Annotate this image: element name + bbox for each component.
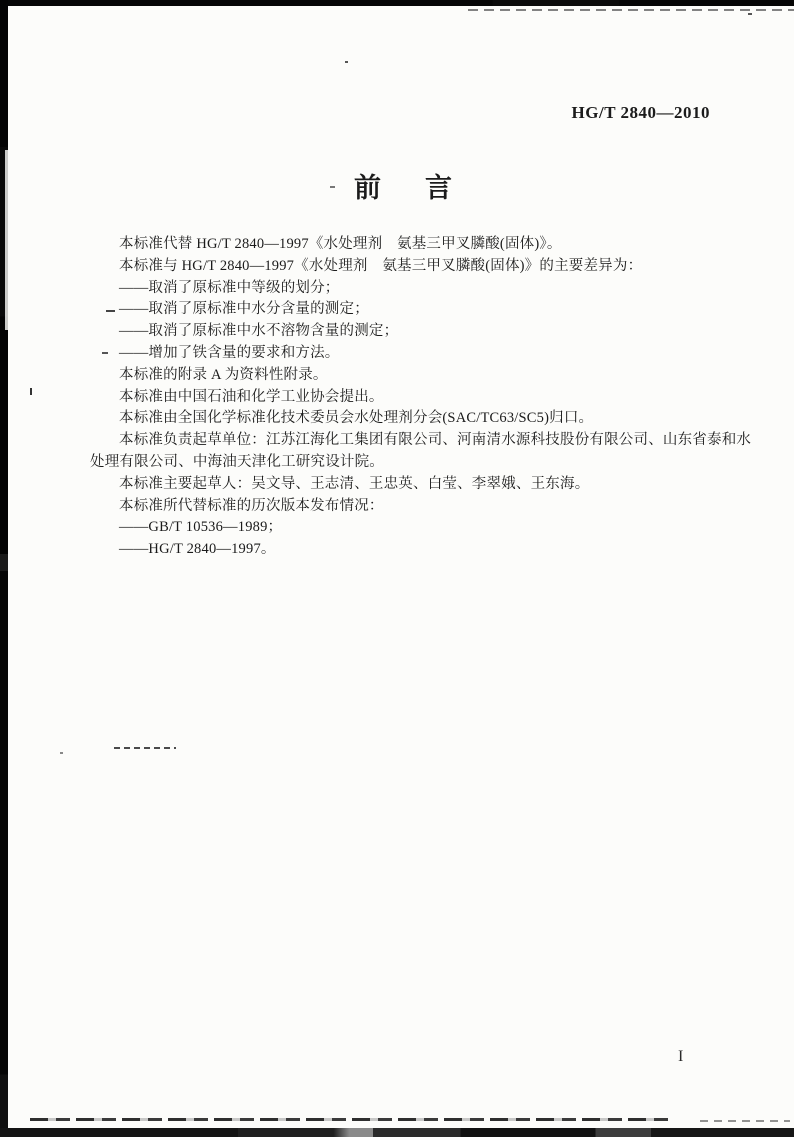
- body-line: 本标准与 HG/T 2840—1997《水处理剂 氨基三甲叉膦酸(固体)》的主要…: [90, 256, 734, 278]
- body-line: ——取消了原标准中水不溶物含量的测定；: [90, 321, 734, 343]
- body-line: ——GB/T 10536—1989；: [90, 517, 734, 539]
- scan-edge-top: [0, 0, 794, 6]
- body-line: 本标准由全国化学标准化技术委员会水处理剂分会(SAC/TC63/SC5)归口。: [90, 408, 734, 430]
- body-line: 处理有限公司、中海油天津化工研究设计院。: [90, 452, 734, 474]
- body-line: 本标准由中国石油和化学工业协会提出。: [90, 387, 734, 409]
- scan-artifact-bottom-dashes: [30, 1118, 672, 1121]
- body-line: 本标准主要起草人：吴文导、王志清、王忠英、白莹、李翠娥、王东海。: [90, 474, 734, 496]
- scan-speck: [345, 61, 348, 63]
- body-line: ——取消了原标准中水分含量的测定；: [90, 299, 734, 321]
- body-line: 本标准负责起草单位：江苏江海化工集团有限公司、河南清水源科技股份有限公司、山东省…: [90, 430, 734, 452]
- scan-artifact-bottom-dashes-right: [700, 1120, 790, 1122]
- scanned-document-page: { "header": { "doc_code": "HG/T 2840—201…: [0, 0, 794, 1137]
- page-number: I: [678, 1048, 683, 1066]
- body-line: 本标准的附录 A 为资料性附录。: [90, 365, 734, 387]
- page-title-char-2: 言: [425, 166, 452, 205]
- standard-code: HG/T 2840—2010: [572, 103, 710, 123]
- foreword-body: 本标准代替 HG/T 2840—1997《水处理剂 氨基三甲叉膦酸(固体)》。本…: [0, 234, 794, 561]
- scan-artifact-dashed-mark: [114, 747, 176, 749]
- body-line: ——增加了铁含量的要求和方法。: [90, 343, 734, 365]
- scan-edge-bottom: [0, 1128, 794, 1137]
- scan-artifact-top-dashes: [468, 9, 794, 11]
- body-line: 本标准代替 HG/T 2840—1997《水处理剂 氨基三甲叉膦酸(固体)》。: [90, 234, 734, 256]
- body-line: ——HG/T 2840—1997。: [90, 539, 734, 561]
- page-title-char-1: 前: [354, 166, 381, 205]
- body-line: ——取消了原标准中等级的划分；: [90, 278, 734, 300]
- page-title: 前 言: [0, 166, 794, 205]
- scan-speck: [60, 752, 63, 754]
- scan-speck: [748, 13, 752, 15]
- body-line: 本标准所代替标准的历次版本发布情况：: [90, 496, 734, 518]
